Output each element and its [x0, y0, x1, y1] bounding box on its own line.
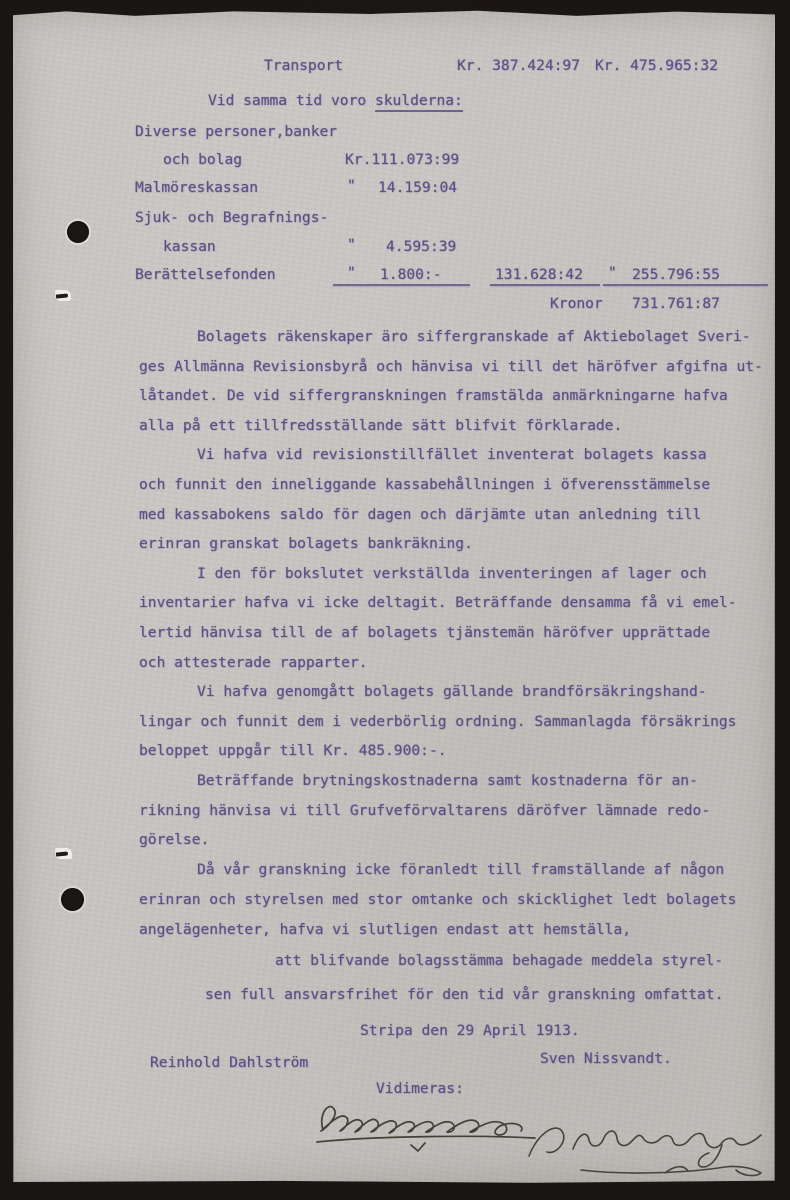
- dateline: Stripa den 29 April 1913.: [360, 1021, 580, 1040]
- liabilities-heading: Vid samma tid voro skulderna:: [208, 91, 463, 110]
- transport-label: Transport: [264, 56, 343, 75]
- typed-line: rikning hänvisa vi till Grufveförvaltare…: [139, 801, 710, 820]
- typed-line: inventarier hafva vi icke deltagit. Betr…: [139, 593, 736, 612]
- typed-line: I den för bokslutet verkställda inventer…: [197, 564, 707, 583]
- signer-name-right: Sven Nissvandt.: [540, 1049, 672, 1068]
- document-page: Transport Kr. 387.424:97 Kr. 475.965:32 …: [13, 10, 775, 1183]
- typed-line: Vi hafva vid revisionstillfället invente…: [197, 445, 707, 464]
- typed-line: lingar och funnit dem i vederbörlig ordn…: [139, 712, 736, 731]
- typed-line: erinran och styrelsen med stor omtanke o…: [139, 890, 736, 909]
- punch-hole: [67, 221, 89, 243]
- typed-line: Beträffande brytningskostnaderna samt ko…: [197, 771, 698, 790]
- ledger-row-label: och bolag: [163, 150, 242, 169]
- punch-hole: [61, 888, 84, 911]
- typed-line: angelägenheter, hafva vi slutligen endas…: [139, 920, 631, 939]
- ledger-row-amount: 1.800:-: [380, 265, 442, 284]
- typed-line: att blifvande bolagsstämma behagade medd…: [275, 951, 723, 970]
- ditto-mark: ": [347, 176, 356, 195]
- sum-rule: [603, 284, 768, 286]
- ledger-row-label: Berättelsefonden: [135, 265, 276, 284]
- typed-line: Då vår granskning icke föranledt till fr…: [197, 860, 724, 879]
- typed-line: med kassabokens saldo för dagen och därj…: [139, 505, 701, 524]
- heading-underlined-word: skulderna:: [375, 92, 463, 112]
- ledger-row-label: Diverse personer,banker: [135, 122, 337, 141]
- typed-line: låtandet. De vid siffergranskningen fram…: [139, 386, 728, 405]
- ditto-mark: ": [608, 263, 617, 282]
- signer-name-left: Reinhold Dahlström: [150, 1053, 308, 1072]
- handwritten-signature-left: [313, 1096, 553, 1156]
- paper-tear: [55, 290, 71, 301]
- sum-rule: [490, 284, 600, 286]
- ditto-mark: ": [347, 263, 356, 282]
- ledger-row-amount: 4.595:39: [386, 237, 456, 256]
- typed-line: Vi hafva genomgått bolagets gällande bra…: [197, 682, 707, 701]
- ledger-row-amount: Kr.111.073:99: [345, 150, 459, 169]
- typed-line: Bolagets räkenskaper äro siffergranskade…: [197, 327, 751, 346]
- typed-line: lertid hänvisa till de af bolagets tjäns…: [139, 623, 710, 642]
- ledger-grand-total: 255.796:55: [632, 265, 720, 284]
- transport-amount-total: Kr. 475.965:32: [595, 56, 718, 75]
- ledger-subtotal: 131.628:42: [495, 265, 583, 284]
- typed-line: görelse.: [139, 830, 209, 849]
- typed-line: erinran granskat bolagets bankräkning.: [139, 534, 473, 553]
- total-label: Kronor: [550, 294, 603, 313]
- ledger-row-label: kassan: [163, 237, 216, 256]
- typed-line: sen full ansvarsfrihet för den tid vår g…: [205, 985, 723, 1004]
- handwritten-signature-right: [525, 1114, 773, 1180]
- sum-rule: [333, 284, 470, 286]
- ledger-row-label: Malmöreskassan: [135, 178, 258, 197]
- typed-line: och funnit den inneliggande kassabehålln…: [139, 475, 710, 494]
- transport-amount-carried: Kr. 387.424:97: [457, 56, 580, 75]
- paper-tear: [55, 848, 72, 859]
- typed-line: och attesterade rapparter.: [139, 653, 367, 672]
- typed-line: ges Allmänna Revisionsbyrå och hänvisa v…: [139, 357, 763, 376]
- typed-line: beloppet uppgår till Kr. 485.900:-.: [139, 741, 447, 760]
- ledger-row-amount: 14.159:04: [378, 178, 457, 197]
- total-amount: 731.761:87: [632, 294, 720, 313]
- typed-line: alla på ett tillfredsställande sätt blif…: [139, 416, 622, 435]
- ledger-row-label: Sjuk- och Begrafnings-: [135, 208, 328, 227]
- ditto-mark: ": [347, 235, 356, 254]
- heading-prefix: Vid samma tid voro: [208, 92, 375, 109]
